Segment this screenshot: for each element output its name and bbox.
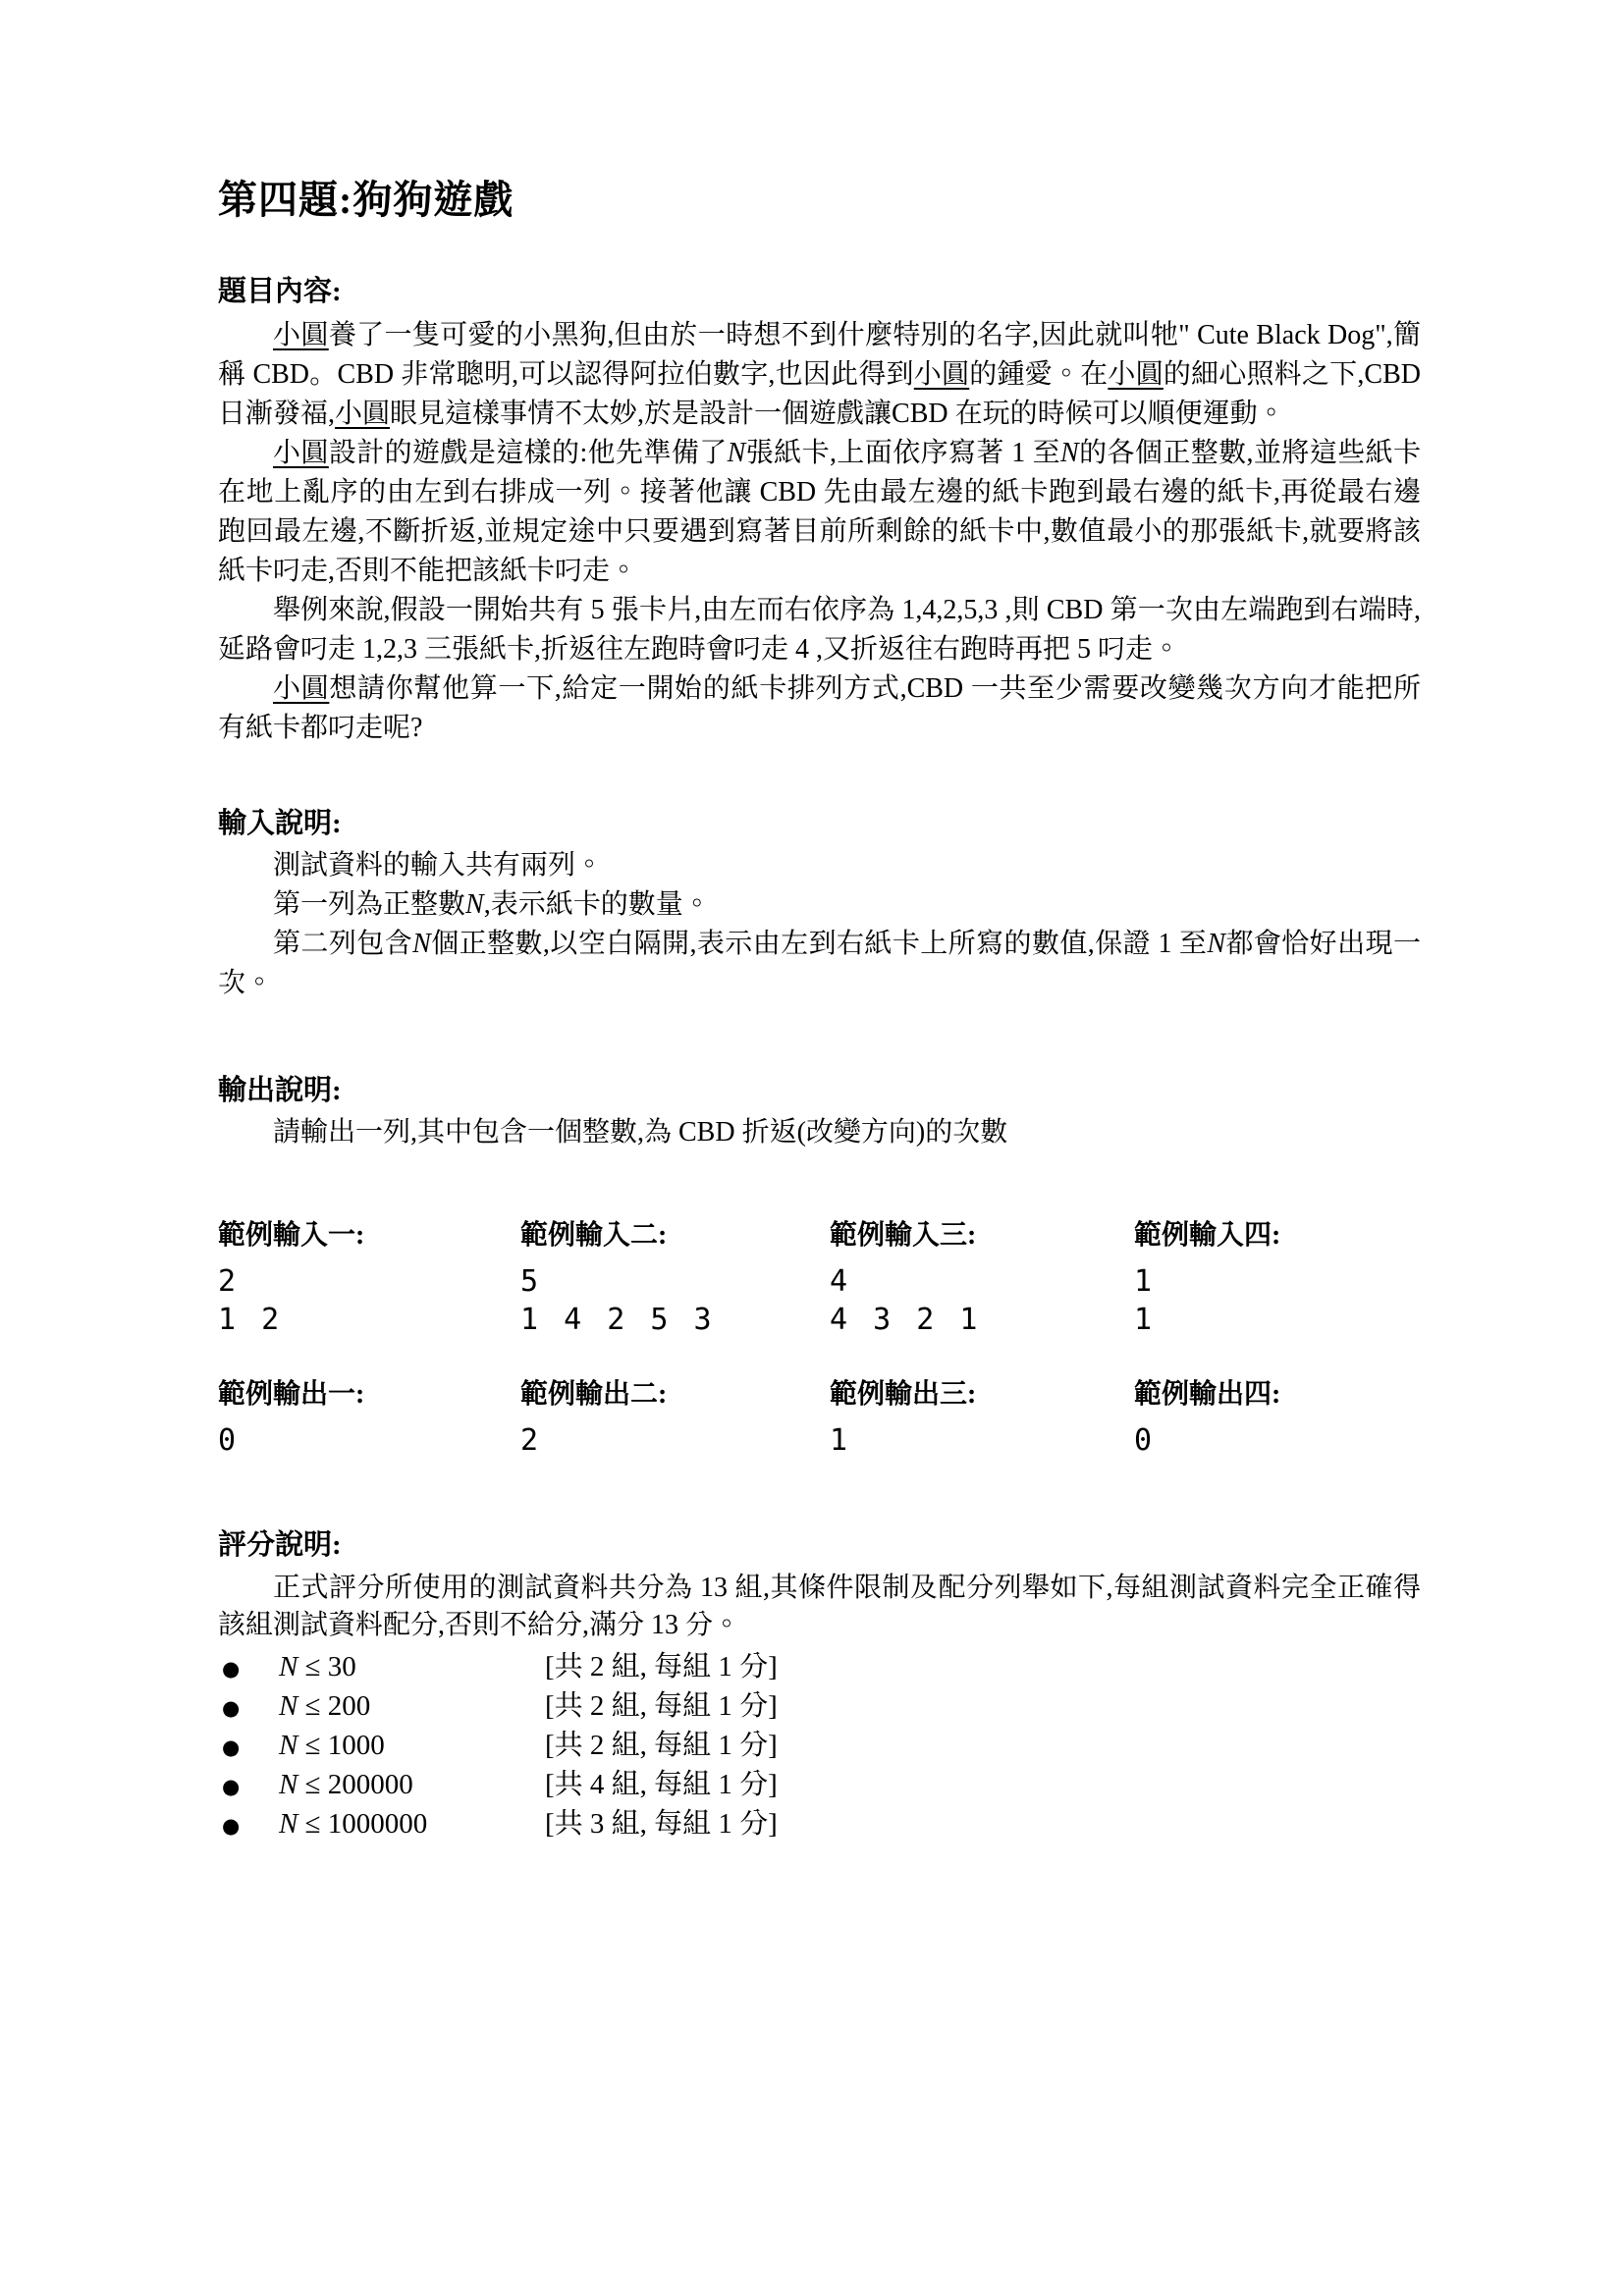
sample-input-column-1: 範例輸入一: 2 1 2	[218, 1221, 520, 1339]
input-description-line-1: 測試資料的輸入共有兩列。	[218, 846, 1421, 885]
scoring-bullet: ● N ≤ 30 [共 2 組, 每組 1 分]	[218, 1648, 1421, 1687]
bullet-icon: ●	[218, 1729, 279, 1766]
sample-input-value-line: 2	[218, 1262, 520, 1301]
problem-paragraph-1: 小圓養了一隻可愛的小黑狗,但由於一時想不到什麼特別的名字,因此就叫牠" Cute…	[218, 316, 1421, 434]
section-heading-problem: 題目內容:	[218, 275, 1421, 308]
scoring-bullet: ● N ≤ 200000 [共 4 組, 每組 1 分]	[218, 1766, 1421, 1805]
document-content: 第四題:狗狗遊戲 題目內容: 小圓養了一隻可愛的小黑狗,但由於一時想不到什麼特別…	[218, 0, 1421, 1844]
sample-inputs-row: 範例輸入一: 2 1 2 範例輸入二: 5 1 4 2 5 3 範例輸入三: 4…	[218, 1221, 1421, 1339]
bullet-note: [共 2 組, 每組 1 分]	[545, 1687, 778, 1725]
bullet-constraint: N ≤ 1000	[279, 1727, 545, 1764]
sample-output-column-4: 範例輸出四: 0	[1134, 1380, 1421, 1460]
bullet-constraint: N ≤ 1000000	[279, 1805, 545, 1842]
sample-input-value-line: 4 3 2 1	[830, 1301, 1134, 1339]
input-description-line-3: 第二列包含N個正整數,以空白隔開,表示由左到右紙卡上所寫的數值,保證 1 至N都…	[218, 925, 1421, 1003]
sample-input-label-1: 範例輸入一:	[218, 1221, 520, 1251]
bullet-constraint: N ≤ 30	[279, 1648, 545, 1685]
bullet-note: [共 2 組, 每組 1 分]	[545, 1727, 778, 1764]
bullet-icon: ●	[218, 1689, 279, 1727]
sample-output-value: 0	[218, 1421, 520, 1460]
sample-outputs-row: 範例輸出一: 0 範例輸出二: 2 範例輸出三: 1 範例輸出四: 0	[218, 1380, 1421, 1460]
scoring-bullet: ● N ≤ 200 [共 2 組, 每組 1 分]	[218, 1687, 1421, 1727]
sample-output-column-2: 範例輸出二: 2	[520, 1380, 830, 1460]
sample-output-label-4: 範例輸出四:	[1134, 1380, 1421, 1410]
sample-input-column-4: 範例輸入四: 1 1	[1134, 1221, 1421, 1339]
bullet-note: [共 2 組, 每組 1 分]	[545, 1648, 778, 1685]
sample-input-column-2: 範例輸入二: 5 1 4 2 5 3	[520, 1221, 830, 1339]
problem-paragraph-4: 小圓想請你幫他算一下,給定一開始的紙卡排列方式,CBD 一共至少需要改變幾次方向…	[218, 669, 1421, 748]
sample-input-value-line: 1 2	[218, 1301, 520, 1339]
sample-output-label-1: 範例輸出一:	[218, 1380, 520, 1410]
sample-input-value-line: 1	[1134, 1262, 1421, 1301]
problem-paragraph-2: 小圓設計的遊戲是這樣的:他先準備了N張紙卡,上面依序寫著 1 至N的各個正整數,…	[218, 434, 1421, 591]
section-heading-input: 輸入說明:	[218, 807, 1421, 840]
document-page: 第四題:狗狗遊戲 題目內容: 小圓養了一隻可愛的小黑狗,但由於一時想不到什麼特別…	[0, 0, 1624, 2296]
sample-input-value-line: 4	[830, 1262, 1134, 1301]
sample-output-column-1: 範例輸出一: 0	[218, 1380, 520, 1460]
sample-input-value-line: 1 4 2 5 3	[520, 1301, 830, 1339]
sample-input-column-3: 範例輸入三: 4 4 3 2 1	[830, 1221, 1134, 1339]
sample-output-label-3: 範例輸出三:	[830, 1380, 1134, 1410]
bullet-note: [共 4 組, 每組 1 分]	[545, 1766, 778, 1803]
sample-input-label-2: 範例輸入二:	[520, 1221, 830, 1251]
sample-input-value-line: 1	[1134, 1301, 1421, 1339]
sample-output-value: 0	[1134, 1421, 1421, 1460]
output-description-line: 請輸出一列,其中包含一個整數,為 CBD 折返(改變方向)的次數	[218, 1113, 1421, 1152]
sample-output-value: 2	[520, 1421, 830, 1460]
bullet-icon: ●	[218, 1650, 279, 1687]
scoring-intro: 正式評分所使用的測試資料共分為 13 組,其條件限制及配分列舉如下,每組測試資料…	[218, 1570, 1421, 1644]
section-heading-output: 輸出說明:	[218, 1074, 1421, 1107]
sample-output-value: 1	[830, 1421, 1134, 1460]
input-description-line-2: 第一列為正整數N,表示紙卡的數量。	[218, 885, 1421, 925]
sample-input-label-3: 範例輸入三:	[830, 1221, 1134, 1251]
sample-input-value-line: 5	[520, 1262, 830, 1301]
bullet-icon: ●	[218, 1768, 279, 1805]
scoring-bullet: ● N ≤ 1000 [共 2 組, 每組 1 分]	[218, 1727, 1421, 1766]
sample-output-label-2: 範例輸出二:	[520, 1380, 830, 1410]
scoring-bullet-list: ● N ≤ 30 [共 2 組, 每組 1 分] ● N ≤ 200 [共 2 …	[218, 1648, 1421, 1844]
bullet-note: [共 3 組, 每組 1 分]	[545, 1805, 778, 1842]
sample-output-column-3: 範例輸出三: 1	[830, 1380, 1134, 1460]
problem-paragraph-3: 舉例來說,假設一開始共有 5 張卡片,由左而右依序為 1,4,2,5,3 ,則 …	[218, 591, 1421, 669]
sample-input-label-4: 範例輸入四:	[1134, 1221, 1421, 1251]
document-title: 第四題:狗狗遊戲	[218, 177, 1421, 224]
section-heading-scoring: 評分說明:	[218, 1528, 1421, 1562]
bullet-constraint: N ≤ 200000	[279, 1766, 545, 1803]
bullet-icon: ●	[218, 1807, 279, 1844]
scoring-bullet: ● N ≤ 1000000 [共 3 組, 每組 1 分]	[218, 1805, 1421, 1844]
bullet-constraint: N ≤ 200	[279, 1687, 545, 1725]
